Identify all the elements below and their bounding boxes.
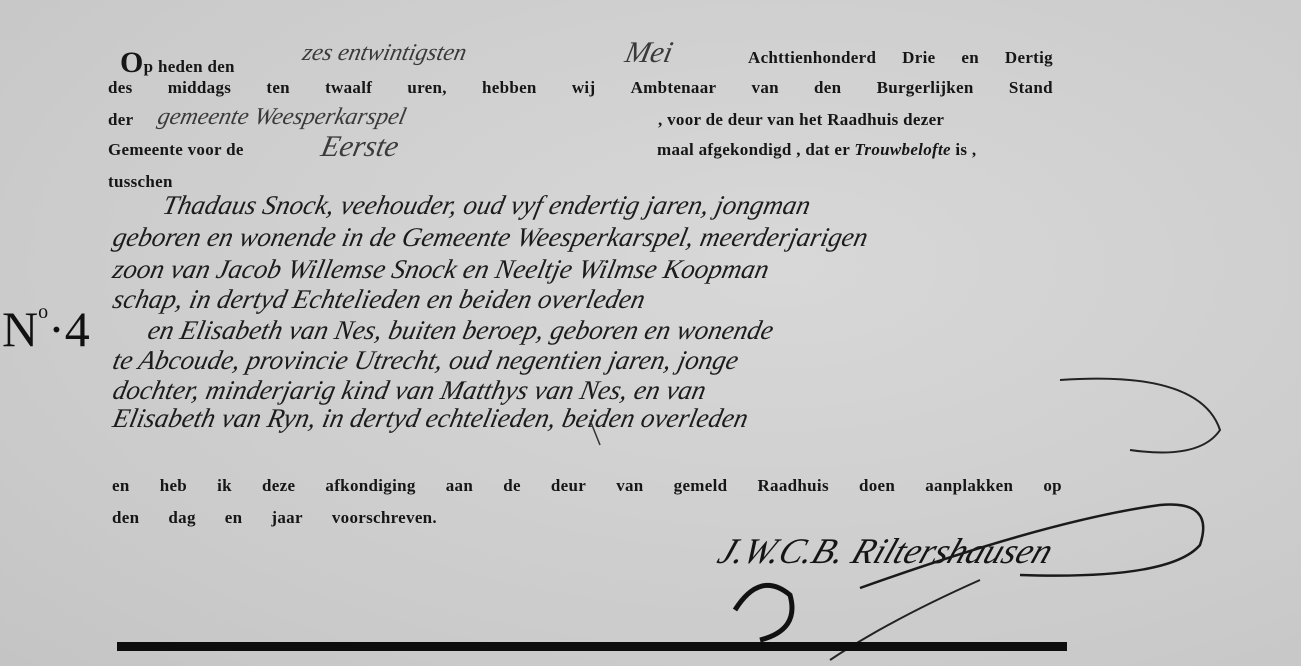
printed-word: den: [814, 78, 841, 98]
printed-word: hebben: [482, 78, 537, 98]
handwritten-municipality: gemeente Weesperkarspel: [155, 104, 408, 131]
printed-word: des: [108, 78, 133, 98]
handwritten-month: Mei: [622, 36, 676, 70]
groom-line-2: geboren en wonende in de Gemeente Weespe…: [110, 222, 871, 253]
printed-word: en: [225, 508, 243, 528]
record-number-suffix: o: [38, 301, 48, 323]
printed-word: afkondiging: [325, 476, 415, 496]
printed-word: van: [616, 476, 643, 496]
handwritten-day: zes entwintigsten: [300, 40, 469, 67]
printed-word: jaar: [271, 508, 302, 528]
groom-line-1: Thadaus Snock, veehouder, oud vyf endert…: [160, 190, 813, 221]
bottom-rule-divider: [117, 642, 1067, 651]
printed-line-4-end: maal afgekondigd , dat er Trouwbelofte i…: [657, 140, 976, 160]
record-number-prefix: N: [2, 301, 38, 357]
printed-word: gemeld: [674, 476, 728, 496]
printed-line-1-start: Op heden den: [120, 46, 235, 80]
official-signature: J.W.C.B. Riltershausen: [712, 530, 1059, 572]
printed-word: den: [112, 508, 139, 528]
printed-text: maal afgekondigd , dat er: [657, 140, 850, 159]
printed-line-3-end: , voor de deur van het Raadhuis dezer: [658, 110, 944, 130]
printed-word: ik: [217, 476, 232, 496]
printed-word: Stand: [1009, 78, 1053, 98]
record-number: No·4: [2, 300, 90, 358]
bride-line-4: Elisabeth van Ryn, in dertyd echtelieden…: [110, 403, 751, 434]
record-number-value: 4: [65, 301, 90, 357]
printed-line-5: tusschen: [108, 172, 173, 192]
printed-word: Drie: [902, 48, 935, 68]
printed-word: Ambtenaar: [631, 78, 717, 98]
printed-text: is ,: [955, 140, 976, 159]
printed-italic-term: Trouwbelofte: [854, 140, 950, 159]
printed-word: doen: [859, 476, 895, 496]
printed-word: de: [503, 476, 521, 496]
initial-capital: O: [120, 46, 144, 79]
printed-line-1-end: Achttienhonderd Drie en Dertig: [748, 48, 1053, 68]
bride-line-3: dochter, minderjarig kind van Matthys va…: [110, 375, 709, 406]
groom-line-4: schap, in dertyd Echtelieden en beiden o…: [110, 284, 648, 315]
printed-word: en: [961, 48, 979, 68]
printed-line-4-start: Gemeente voor de: [108, 140, 244, 160]
printed-line-2: des middags ten twaalf uren, hebben wij …: [108, 78, 1053, 98]
printed-word: op: [1043, 476, 1062, 496]
handwritten-proclamation-count: Eerste: [318, 130, 402, 164]
printed-line-3-start: der: [108, 110, 133, 130]
printed-word: Achttienhonderd: [748, 48, 876, 68]
printed-word: twaalf: [325, 78, 372, 98]
printed-word: Burgerlijken: [877, 78, 974, 98]
bride-line-1: en Elisabeth van Nes, buiten beroep, geb…: [145, 315, 776, 346]
printed-word: heb: [160, 476, 187, 496]
printed-word: deze: [262, 476, 295, 496]
printed-word: voorschreven.: [332, 508, 437, 528]
printed-word: aanplakken: [925, 476, 1013, 496]
printed-word: deur: [551, 476, 586, 496]
printed-word: en: [112, 476, 130, 496]
printed-word: uren,: [407, 78, 446, 98]
closing-line-2: den dag en jaar voorschreven.: [112, 508, 437, 528]
printed-text: p heden den: [144, 57, 235, 76]
printed-word: Raadhuis: [757, 476, 828, 496]
printed-word: Dertig: [1005, 48, 1053, 68]
groom-line-3: zoon van Jacob Willemse Snock en Neeltje…: [110, 254, 772, 285]
printed-word: van: [752, 78, 779, 98]
printed-word: dag: [168, 508, 195, 528]
printed-word: wij: [572, 78, 596, 98]
printed-word: aan: [446, 476, 473, 496]
printed-word: ten: [266, 78, 290, 98]
closing-line-1: en heb ik deze afkondiging aan de deur v…: [112, 476, 1062, 496]
bride-line-2: te Abcoude, provincie Utrecht, oud negen…: [110, 345, 741, 376]
printed-word: middags: [168, 78, 232, 98]
